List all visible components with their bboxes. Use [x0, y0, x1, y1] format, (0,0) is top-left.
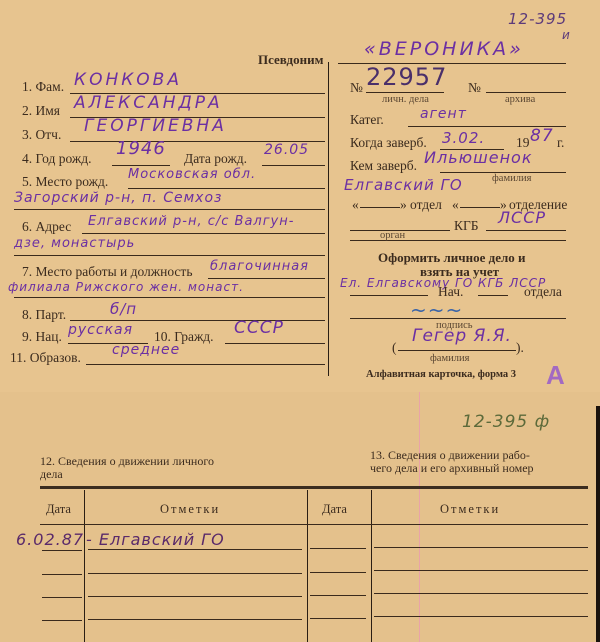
surname-caption: фамилия	[492, 173, 531, 184]
form-caption: Алфавитная карточка, форма 3	[366, 369, 516, 380]
section-13-title-line-2: чего дела и его архивный номер	[370, 461, 534, 476]
signer-surname-line	[398, 350, 516, 351]
col-header-notes-1: Отметки	[160, 502, 220, 517]
row-1-note-line	[88, 549, 302, 550]
recruited-when-label: Когда заверб.	[350, 135, 427, 151]
category-label: Катег.	[350, 112, 384, 128]
col-sep-2	[307, 490, 308, 642]
dept-value: Елгавский ГО	[344, 176, 463, 194]
alphabetical-card-front: 12-395 и Псевдоним «ВЕРОНИКА» 1. Фам. КО…	[0, 0, 600, 392]
birth-year-label: 4. Год рожд.	[22, 151, 91, 167]
row-1-date-line	[42, 550, 82, 551]
surname-caption-2: фамилия	[430, 353, 469, 364]
row-1-note2-line	[374, 547, 588, 548]
year-suffix: г.	[557, 135, 564, 151]
row-2-date2-line	[310, 572, 366, 573]
patronymic-value: ГЕОРГИЕВНА	[84, 116, 227, 136]
dept-line	[360, 207, 400, 208]
address-label: 6. Адрес	[22, 219, 71, 235]
row-3-date-line	[42, 597, 82, 598]
row-1-note: - Елгавский ГО	[86, 530, 225, 549]
work-value-line2: филиала Рижского жен. монаст.	[8, 280, 244, 294]
address-value: Елгавский р-н, с/с Валгун-	[88, 214, 294, 229]
archive-no-label: №	[468, 80, 481, 96]
col-header-date-2: Дата	[322, 502, 347, 517]
education-line	[86, 364, 325, 365]
archive-corner-number: 12-395	[508, 10, 567, 28]
signature-scribble: ~~~	[410, 298, 463, 322]
birth-place-label: 5. Место рожд.	[22, 174, 108, 190]
birth-year-line	[112, 165, 170, 166]
header-rule	[40, 524, 588, 525]
work-label: 7. Место работы и должность	[22, 264, 192, 280]
work-line-2	[14, 297, 325, 298]
organ-caption: орган	[380, 230, 405, 241]
col-header-date-1: Дата	[46, 502, 71, 517]
personal-file-caption: личн. дела	[382, 94, 429, 105]
table-top-rule	[40, 486, 588, 489]
chief-line	[478, 295, 508, 296]
chief-prefix-line	[350, 295, 428, 296]
year-value: 87	[530, 126, 554, 146]
recruited-by-label: Кем заверб.	[350, 158, 417, 174]
archive-corner-number-back: 12-395 ф	[462, 412, 550, 432]
row-3-date2-line	[310, 595, 366, 596]
col-sep-3	[371, 490, 372, 642]
section-12-title-line-1: 12. Сведения о движении личного	[40, 454, 214, 469]
card-edge-shadow	[596, 406, 600, 642]
archive-no-line	[486, 92, 566, 93]
row-4-note2-line	[374, 616, 588, 617]
recruited-by-value: Ильюшенок	[424, 148, 533, 167]
education-value: среднее	[112, 342, 180, 358]
education-label: 11. Образов.	[10, 350, 81, 366]
pseudonym-value: «ВЕРОНИКА»	[364, 38, 524, 60]
card-vertical-divider	[328, 62, 329, 376]
row-3-note-line	[88, 596, 302, 597]
citizenship-line	[225, 343, 325, 344]
row-4-date-line	[42, 620, 82, 621]
personal-file-no-label: №	[350, 80, 363, 96]
personal-file-no-line	[366, 92, 444, 93]
row-1-date2-line	[310, 548, 366, 549]
section-12-title-line-2: дела	[40, 467, 63, 482]
archive-caption: архива	[505, 94, 535, 105]
kgb-value: ЛССР	[498, 208, 546, 227]
row-1-date: 6.02.87	[16, 530, 84, 549]
surname-label: 1. Фам.	[22, 79, 64, 95]
kgb-label: КГБ	[454, 218, 479, 234]
stamp-letter: А	[546, 360, 565, 391]
archive-corner-suffix: и	[562, 28, 571, 42]
birth-place-line	[128, 188, 325, 189]
party-value: б/п	[110, 300, 137, 318]
work-value: благочинная	[210, 259, 309, 274]
address-value-line2: дзе, монастырь	[14, 236, 135, 251]
section-line	[460, 207, 500, 208]
birth-place-value-line2: Загорский р-н, п. Семхоз	[14, 190, 222, 206]
birth-year-value: 1946	[116, 138, 166, 159]
birth-date-line	[262, 165, 325, 166]
col-sep-1	[84, 490, 85, 642]
address-line-2	[14, 255, 325, 256]
row-3-note2-line	[374, 593, 588, 594]
row-2-date-line	[42, 574, 82, 575]
address-line	[82, 233, 325, 234]
dept-label: отдел	[410, 197, 442, 213]
party-label: 8. Парт.	[22, 307, 66, 323]
patronymic-label: 3. Отч.	[22, 127, 61, 143]
row-2-note-line	[88, 573, 302, 574]
signer-surname-value: Гегер Я.Я.	[412, 326, 512, 346]
dept-suffix-label: отдела	[524, 284, 562, 300]
name-label: 2. Имя	[22, 103, 60, 119]
col-header-notes-2: Отметки	[440, 502, 500, 517]
category-value: агент	[420, 106, 467, 122]
personal-file-no-value: 22957	[366, 63, 447, 91]
nationality-value: русская	[68, 322, 133, 338]
work-line	[208, 278, 325, 279]
row-4-date2-line	[310, 618, 366, 619]
alphabetical-card-back: 12-395 ф 12. Сведения о движении личного…	[0, 392, 600, 642]
kgb-line	[486, 230, 566, 231]
surname-value: КОНКОВА	[74, 70, 182, 90]
party-line	[70, 320, 325, 321]
pseudonym-label: Псевдоним	[258, 52, 323, 68]
birth-date-value: 26.05	[264, 142, 309, 158]
citizenship-value: СССР	[234, 318, 284, 338]
birth-place-line-2	[14, 209, 325, 210]
row-2-note2-line	[374, 570, 588, 571]
recruited-when-value: 3.02.	[442, 129, 485, 147]
name-value: АЛЕКСАНДРА	[74, 93, 223, 113]
birth-date-label: Дата рожд.	[184, 151, 247, 167]
nationality-label: 9. Нац.	[22, 329, 62, 345]
birth-place-value: Московская обл.	[128, 167, 256, 182]
row-4-note-line	[88, 619, 302, 620]
pink-margin-line	[419, 392, 420, 642]
